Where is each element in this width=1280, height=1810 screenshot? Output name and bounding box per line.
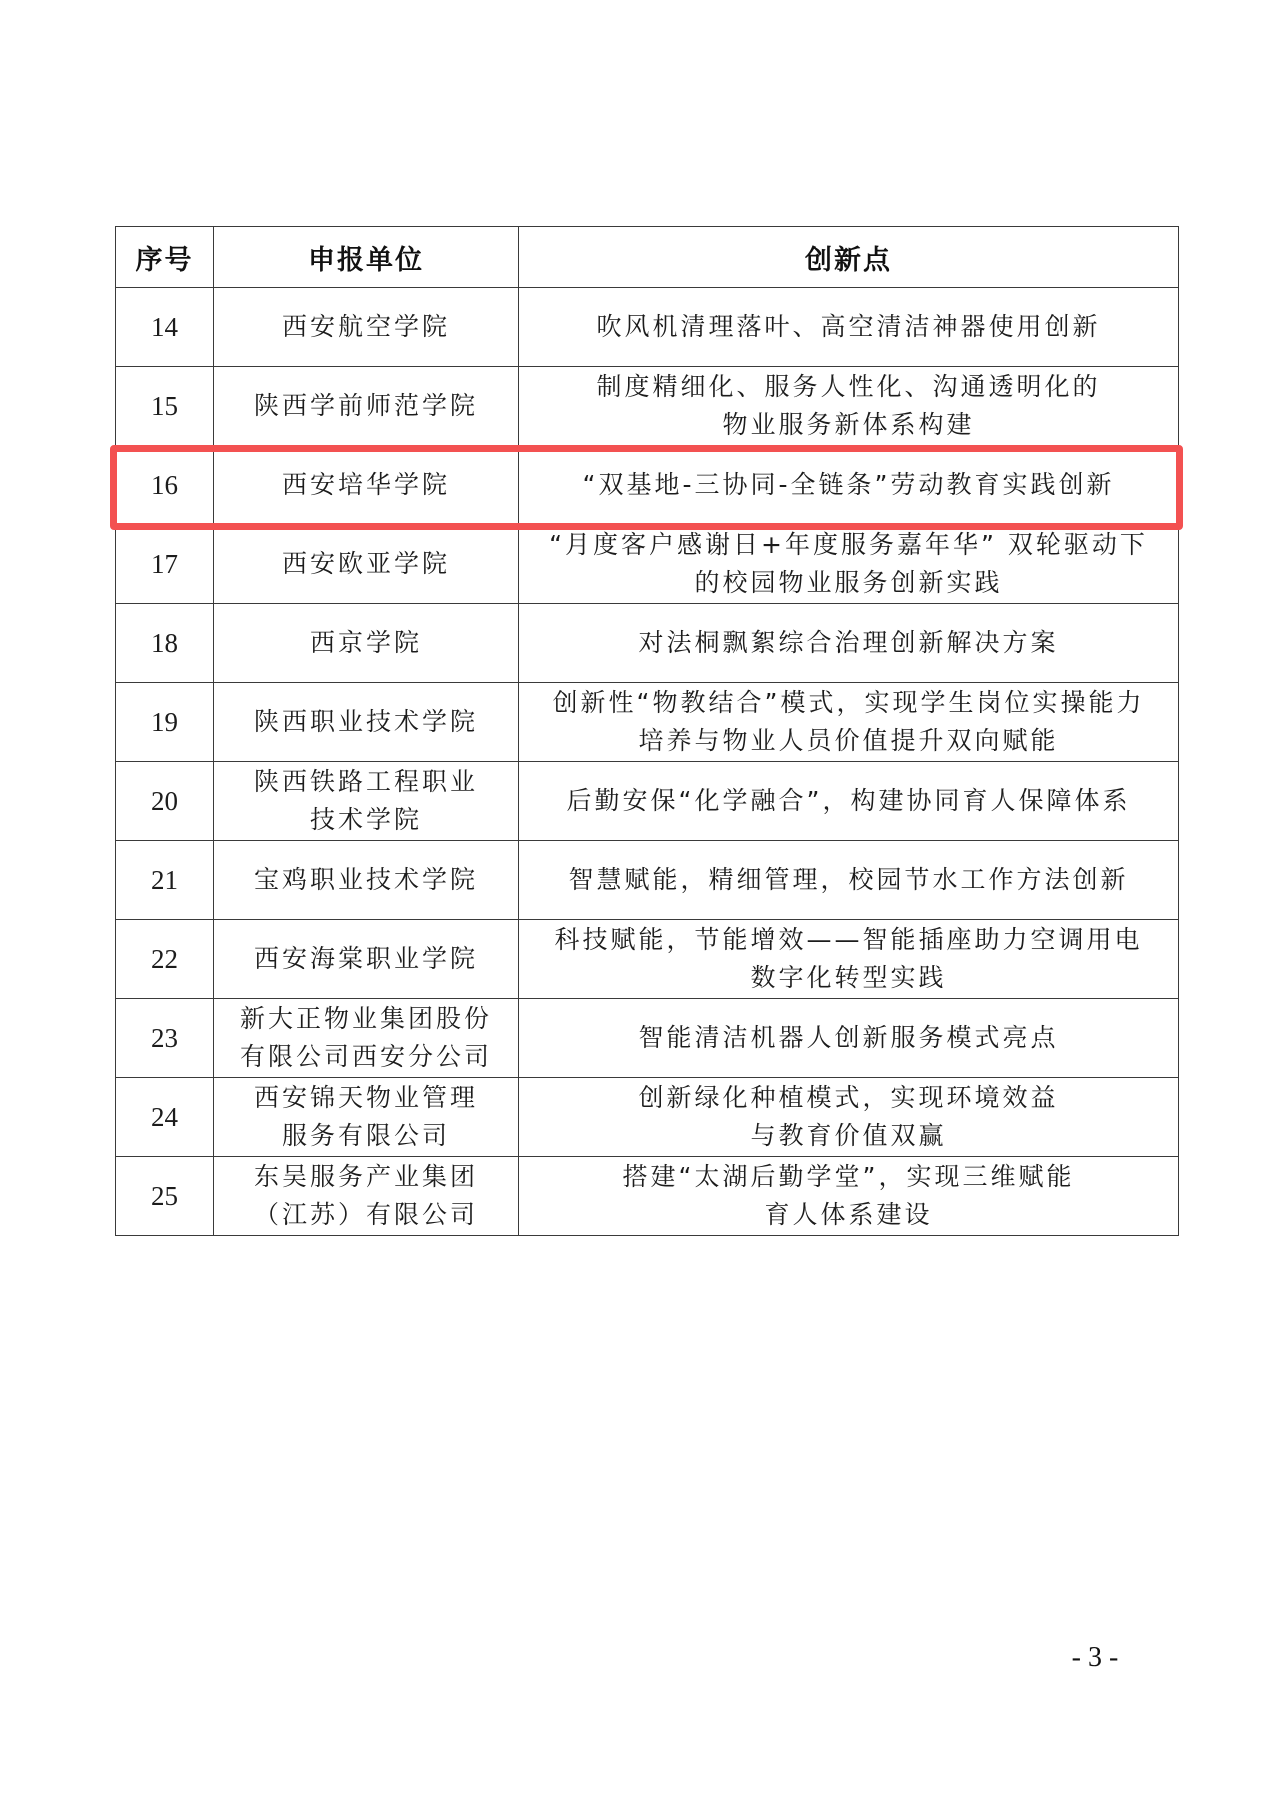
innovation-table: 序号 申报单位 创新点 14 西安航空学院 吹风机清理落叶、高空清洁神器使用创新… bbox=[115, 226, 1179, 1236]
table-row: 19 陕西职业技术学院 创新性“物教结合”模式，实现学生岗位实操能力培养与物业人… bbox=[116, 683, 1179, 762]
row-unit: 陕西铁路工程职业技术学院 bbox=[214, 762, 519, 841]
page-number: - 3 - bbox=[1060, 1642, 1130, 1674]
row-index: 22 bbox=[116, 920, 214, 999]
row-unit: 陕西职业技术学院 bbox=[214, 683, 519, 762]
table-row: 24 西安锦天物业管理服务有限公司 创新绿化种植模式，实现环境效益与教育价值双赢 bbox=[116, 1078, 1179, 1157]
row-unit: 西安欧亚学院 bbox=[214, 525, 519, 604]
table-row: 18 西京学院 对法桐飘絮综合治理创新解决方案 bbox=[116, 604, 1179, 683]
row-innovation: 创新性“物教结合”模式，实现学生岗位实操能力培养与物业人员价值提升双向赋能 bbox=[519, 683, 1179, 762]
table-row: 14 西安航空学院 吹风机清理落叶、高空清洁神器使用创新 bbox=[116, 288, 1179, 367]
table-row-highlighted: 16 西安培华学院 “双基地-三协同-全链条”劳动教育实践创新 bbox=[116, 446, 1179, 525]
table-row: 21 宝鸡职业技术学院 智慧赋能，精细管理，校园节水工作方法创新 bbox=[116, 841, 1179, 920]
row-innovation: 制度精细化、服务人性化、沟通透明化的物业服务新体系构建 bbox=[519, 367, 1179, 446]
table-row: 15 陕西学前师范学院 制度精细化、服务人性化、沟通透明化的物业服务新体系构建 bbox=[116, 367, 1179, 446]
row-index: 21 bbox=[116, 841, 214, 920]
document-page: 序号 申报单位 创新点 14 西安航空学院 吹风机清理落叶、高空清洁神器使用创新… bbox=[0, 0, 1280, 1810]
row-index: 15 bbox=[116, 367, 214, 446]
row-index: 14 bbox=[116, 288, 214, 367]
row-innovation: 智慧赋能，精细管理，校园节水工作方法创新 bbox=[519, 841, 1179, 920]
row-innovation: 科技赋能，节能增效——智能插座助力空调用电数字化转型实践 bbox=[519, 920, 1179, 999]
row-index: 16 bbox=[116, 446, 214, 525]
row-unit: 西京学院 bbox=[214, 604, 519, 683]
table-row: 25 东吴服务产业集团（江苏）有限公司 搭建“太湖后勤学堂”，实现三维赋能育人体… bbox=[116, 1157, 1179, 1236]
row-unit: 宝鸡职业技术学院 bbox=[214, 841, 519, 920]
row-unit: 西安锦天物业管理服务有限公司 bbox=[214, 1078, 519, 1157]
row-innovation: “双基地-三协同-全链条”劳动教育实践创新 bbox=[519, 446, 1179, 525]
row-innovation: 吹风机清理落叶、高空清洁神器使用创新 bbox=[519, 288, 1179, 367]
row-innovation: 后勤安保“化学融合”，构建协同育人保障体系 bbox=[519, 762, 1179, 841]
row-index: 25 bbox=[116, 1157, 214, 1236]
row-unit: 新大正物业集团股份有限公司西安分公司 bbox=[214, 999, 519, 1078]
row-index: 19 bbox=[116, 683, 214, 762]
table-row: 17 西安欧亚学院 “月度客户感谢日+年度服务嘉年华” 双轮驱动下的校园物业服务… bbox=[116, 525, 1179, 604]
row-innovation: “月度客户感谢日+年度服务嘉年华” 双轮驱动下的校园物业服务创新实践 bbox=[519, 525, 1179, 604]
row-innovation: 对法桐飘絮综合治理创新解决方案 bbox=[519, 604, 1179, 683]
row-index: 17 bbox=[116, 525, 214, 604]
header-index: 序号 bbox=[116, 227, 214, 288]
row-index: 24 bbox=[116, 1078, 214, 1157]
header-innovation: 创新点 bbox=[519, 227, 1179, 288]
row-unit: 陕西学前师范学院 bbox=[214, 367, 519, 446]
table-row: 23 新大正物业集团股份有限公司西安分公司 智能清洁机器人创新服务模式亮点 bbox=[116, 999, 1179, 1078]
row-unit: 西安培华学院 bbox=[214, 446, 519, 525]
row-index: 20 bbox=[116, 762, 214, 841]
table-row: 22 西安海棠职业学院 科技赋能，节能增效——智能插座助力空调用电数字化转型实践 bbox=[116, 920, 1179, 999]
table-row: 20 陕西铁路工程职业技术学院 后勤安保“化学融合”，构建协同育人保障体系 bbox=[116, 762, 1179, 841]
row-unit: 西安航空学院 bbox=[214, 288, 519, 367]
row-index: 18 bbox=[116, 604, 214, 683]
row-innovation: 智能清洁机器人创新服务模式亮点 bbox=[519, 999, 1179, 1078]
row-index: 23 bbox=[116, 999, 214, 1078]
table-header-row: 序号 申报单位 创新点 bbox=[116, 227, 1179, 288]
header-unit: 申报单位 bbox=[214, 227, 519, 288]
row-innovation: 搭建“太湖后勤学堂”，实现三维赋能育人体系建设 bbox=[519, 1157, 1179, 1236]
row-innovation: 创新绿化种植模式，实现环境效益与教育价值双赢 bbox=[519, 1078, 1179, 1157]
row-unit: 东吴服务产业集团（江苏）有限公司 bbox=[214, 1157, 519, 1236]
row-unit: 西安海棠职业学院 bbox=[214, 920, 519, 999]
